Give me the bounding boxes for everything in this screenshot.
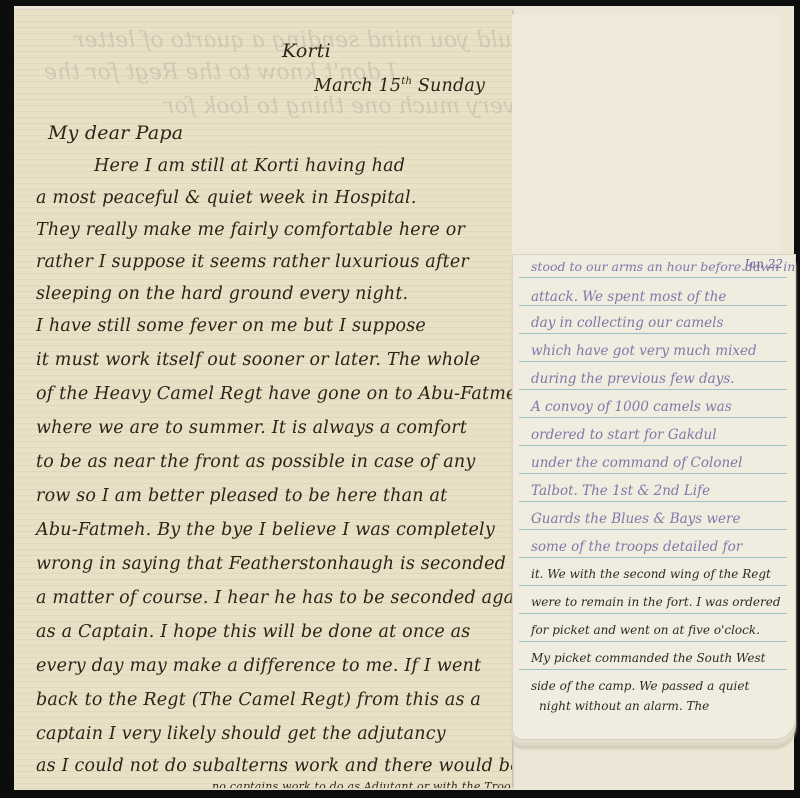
- letter-page: Would you mind sending a quarto of lette…: [14, 10, 512, 788]
- letter-line: a matter of course. I hear he has to be …: [36, 588, 512, 608]
- letter-line: I have still some fever on me but I supp…: [36, 316, 426, 336]
- letter-line: to be as near the front as possible in c…: [36, 452, 475, 472]
- letter-line: They really make me fairly comfortable h…: [36, 220, 465, 240]
- notebook-line: Guards the Blues & Bays were: [531, 511, 741, 527]
- letter-line: rather I suppose it seems rather luxurio…: [36, 252, 469, 272]
- notebook-page: Jan 22 stood to our arms an hour before …: [512, 254, 796, 740]
- notebook-line: day in collecting our camels: [531, 315, 723, 331]
- ruled-line: [519, 361, 787, 362]
- ruled-line: [519, 417, 787, 418]
- letter-date: March 15th Sunday: [314, 76, 485, 96]
- notebook-line: night without an alarm. The: [539, 699, 709, 713]
- letter-line: as a Captain. I hope this will be done a…: [36, 622, 470, 642]
- day-text: Sunday: [418, 76, 485, 96]
- letter-line: Abu-Fatmeh. By the bye I believe I was c…: [36, 520, 495, 540]
- letter-line: as I could not do subalterns work and th…: [36, 756, 512, 776]
- letter-line: a most peaceful & quiet week in Hospital…: [36, 188, 417, 208]
- notebook-line: side of the camp. We passed a quiet: [531, 679, 749, 693]
- notebook-line: for picket and went on at five o'clock.: [531, 623, 760, 637]
- notebook-line: were to remain in the fort. I was ordere…: [531, 595, 781, 609]
- ruled-line: [519, 333, 787, 334]
- notebook-line: during the previous few days.: [531, 371, 735, 387]
- ruled-line: [519, 305, 787, 306]
- notebook-line: it. We with the second wing of the Regt: [531, 567, 771, 581]
- letter-line: captain I very likely should get the adj…: [36, 724, 446, 744]
- notebook-line: under the command of Colonel: [531, 455, 742, 471]
- letter-line: it must work itself out sooner or later.…: [36, 350, 480, 370]
- letter-footnote: no captains work to do as Adjutant or wi…: [212, 780, 512, 788]
- letter-line: of the Heavy Camel Regt have gone on to …: [36, 384, 512, 404]
- letter-line: back to the Regt (The Camel Regt) from t…: [36, 690, 481, 710]
- ruled-line: [519, 389, 787, 390]
- ruled-line: [519, 585, 787, 586]
- letter-line: row so I am better pleased to be here th…: [36, 486, 447, 506]
- letter-place: Korti: [282, 40, 331, 62]
- ruled-line: [519, 277, 787, 278]
- ruled-line: [519, 613, 787, 614]
- notebook-line: stood to our arms an hour before dawn in: [531, 259, 795, 274]
- letter-line: wrong in saying that Featherstonhaugh is…: [36, 554, 512, 574]
- letter-line: where we are to summer. It is always a c…: [36, 418, 467, 438]
- notebook-line: A convoy of 1000 camels was: [531, 399, 732, 415]
- letter-line: every day may make a difference to me. I…: [36, 656, 481, 676]
- ruled-line: [519, 557, 787, 558]
- date-suffix: th: [401, 76, 412, 87]
- ruled-line: [519, 473, 787, 474]
- ruled-line: [519, 669, 787, 670]
- notebook-line: My picket commanded the South West: [531, 651, 765, 665]
- letter-line: Here I am still at Korti having had: [94, 156, 405, 176]
- letter-salutation: My dear Papa: [48, 122, 183, 144]
- notebook-line: Talbot. The 1st & 2nd Life: [531, 483, 710, 499]
- notebook-line: which have got very much mixed: [531, 343, 757, 359]
- notebook-line: attack. We spent most of the: [531, 289, 726, 305]
- bleed-through-text: Summer very much one thing to look for: [164, 94, 512, 119]
- notebook-backing: [512, 14, 780, 254]
- notebook-line: ordered to start for Gakdul: [531, 427, 717, 443]
- ruled-line: [519, 529, 787, 530]
- ruled-line: [519, 445, 787, 446]
- date-text: March 15: [314, 76, 401, 96]
- letter-line: sleeping on the hard ground every night.: [36, 284, 408, 304]
- notebook-line: some of the troops detailed for: [531, 539, 742, 555]
- ruled-line: [519, 641, 787, 642]
- ruled-line: [519, 501, 787, 502]
